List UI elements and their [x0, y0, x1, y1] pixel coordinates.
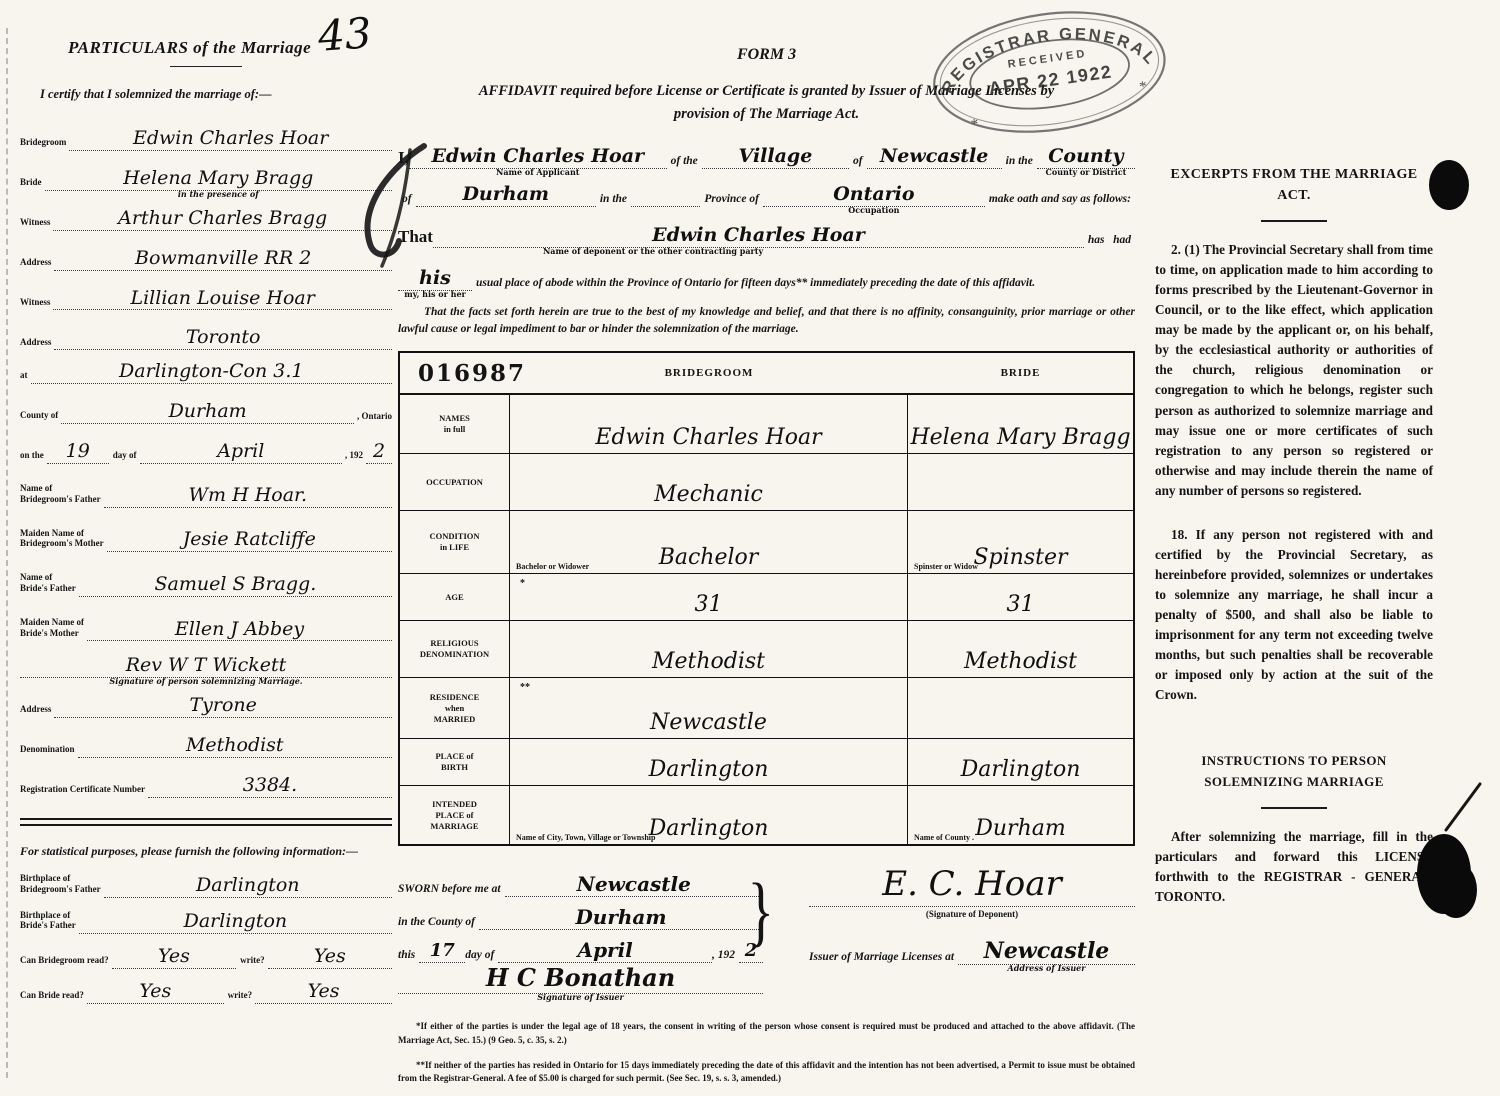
field-label: Bridegroom — [20, 137, 69, 151]
title-rule — [170, 66, 242, 67]
field-value: Darlington — [104, 875, 392, 898]
excerpt-paragraph-2: 2. (1) The Provincial Secretary shall fr… — [1155, 240, 1433, 501]
field-solemnizer-signature: Rev W T Wickett Signature of person sole… — [20, 655, 392, 678]
bride-cell: 31 — [908, 574, 1133, 620]
label-line2: Bride's Father — [20, 583, 76, 593]
day-value: 19 — [47, 441, 109, 464]
deponent-signature: E. C. Hoar — [809, 864, 1135, 907]
groom-value: Newcastle — [650, 710, 767, 738]
read-value: Yes — [112, 946, 236, 969]
table-row-intended-place: INTENDEDPLACE ofMARRIAGE Darlington Name… — [400, 785, 1133, 844]
groom-cell: Bachelor Bachelor or Widower — [510, 511, 908, 573]
province-name: Ontario Occupation — [763, 184, 985, 207]
abode-text: usual place of abode within the Province… — [472, 277, 1039, 291]
issuer-signature-row: H C Bonathan Signature of Issuer — [398, 965, 763, 993]
label-line1: Birthplace of — [20, 910, 70, 920]
page-edge-perforation — [6, 28, 8, 1078]
footnote-marker: * — [520, 578, 525, 589]
field-label: Witness — [20, 217, 53, 231]
groom-cell: Darlington — [510, 739, 908, 785]
license-caption: Address of Issuer — [958, 964, 1135, 973]
table-row-occupation: OCCUPATION Mechanic — [400, 453, 1133, 510]
sworn-at-row: SWORN before me at Newcastle — [398, 873, 763, 897]
field-label: Birthplace ofBridegroom's Father — [20, 873, 104, 898]
occupation-caption: Occupation — [763, 206, 985, 215]
groom-note: Bachelor or Widower — [516, 562, 589, 571]
brace-glyph: } — [747, 864, 773, 958]
bridegroom-bride-table: BRIDEGROOM BRIDE 016987 NAMESin full Edw… — [398, 351, 1135, 846]
heading-rule — [1261, 220, 1327, 222]
field-value: Methodist — [78, 735, 392, 758]
field-can-bride-read: Can Bride read? Yes write? Yes — [20, 981, 392, 1004]
sworn-at-value: Newcastle — [505, 873, 763, 897]
field-witness-2: Witness Lillian Louise Hoar — [20, 288, 392, 311]
district-name: Durham — [416, 184, 596, 207]
bride-value: Helena Mary Bragg — [910, 425, 1130, 453]
field-value: 3384. — [148, 775, 392, 798]
field-can-bridegroom-read: Can Bridegroom read? Yes write? Yes — [20, 946, 392, 969]
applicant-caption: Name of Applicant — [409, 168, 667, 177]
deponent-name: Edwin Charles Hoar Name of deponent or t… — [433, 225, 1084, 248]
field-county: County of Durham , Ontario — [20, 401, 392, 424]
printed-has-had: has had — [1084, 234, 1135, 248]
table-row-birthplace: PLACE ofBIRTH Darlington Darlington — [400, 738, 1133, 785]
label-line2: Bridegroom's Mother — [20, 538, 104, 548]
excerpts-heading: EXCERPTS FROM THE MARRIAGE ACT. — [1155, 164, 1433, 206]
bride-cell: Durham Name of County . — [908, 786, 1133, 844]
row-label: AGE — [400, 574, 510, 620]
row-label: CONDITIONin LIFE — [400, 511, 510, 573]
certify-line: I certify that I solemnized the marriage… — [40, 87, 392, 102]
blank-segment — [631, 184, 700, 207]
solemnizer-caption: Signature of person solemnizing Marriage… — [20, 677, 392, 686]
license-label: Issuer of Marriage Licenses at — [809, 951, 958, 965]
month-value: April — [140, 441, 342, 464]
sworn-section: SWORN before me at Newcastle in the Coun… — [398, 864, 1135, 993]
county-word: County County or District — [1037, 146, 1135, 169]
write-value: Yes — [268, 946, 392, 969]
sworn-left: SWORN before me at Newcastle in the Coun… — [398, 864, 763, 993]
field-value: Samuel S Bragg. — [79, 574, 392, 597]
license-place: Newcastle Address of Issuer — [958, 939, 1135, 965]
field-address-1: Address Bowmanville RR 2 — [20, 248, 392, 271]
row-label: NAMESin full — [400, 395, 510, 453]
bride-value: Darlington — [961, 757, 1081, 785]
table-row-names: NAMESin full Edwin Charles Hoar Helena M… — [400, 394, 1133, 453]
bride-value: Spinster — [973, 545, 1067, 573]
field-bride: Bride Helena Mary Bragg in the presence … — [20, 168, 392, 191]
pronoun-his: his my, his or her — [398, 268, 472, 291]
field-value: Lillian Louise Hoar — [53, 288, 392, 311]
pen-flourish — [340, 140, 440, 270]
instructions-heading: INSTRUCTIONS TO PERSON SOLEMNIZING MARRI… — [1155, 751, 1433, 793]
affidavit-line-2: of Durham in the Province of Ontario Occ… — [398, 184, 1135, 207]
groom-note: Name of City, Town, Village or Township — [516, 833, 655, 842]
place-type: Village — [702, 146, 849, 169]
province-text: Ontario — [833, 183, 914, 205]
field-label: on the — [20, 450, 47, 464]
field-label: Address — [20, 257, 54, 271]
field-witness-1: Witness Arthur Charles Bragg — [20, 208, 392, 231]
stamp-star-right: * — [1138, 79, 1148, 96]
label-line2: Bridegroom's Father — [20, 494, 101, 504]
groom-value: 31 — [695, 592, 723, 620]
field-denomination: Denomination Methodist — [20, 735, 392, 758]
label-line2: Bridegroom's Father — [20, 884, 101, 894]
groom-value: Edwin Charles Hoar — [595, 425, 821, 453]
sworn-right: E. C. Hoar (Signature of Deponent) Issue… — [763, 864, 1135, 993]
instructions-paragraph: After solemnizing the marriage, fill in … — [1155, 827, 1433, 907]
field-value: Jesie Ratcliffe — [107, 529, 392, 552]
field-label: Maiden Name ofBridegroom's Mother — [20, 528, 107, 553]
field-label: Witness — [20, 297, 53, 311]
bride-cell: Helena Mary Bragg — [908, 395, 1133, 453]
printed-in-the: in the — [1002, 155, 1037, 169]
groom-value: Darlington — [649, 816, 769, 844]
field-value: Darlington — [79, 911, 392, 934]
field-label: Name ofBridegroom's Father — [20, 483, 104, 508]
field-registration-number: Registration Certificate Number 3384. — [20, 775, 392, 798]
month-value: April — [498, 939, 712, 963]
table-header-row: BRIDEGROOM BRIDE 016987 — [400, 353, 1133, 394]
county-value: Durham — [479, 906, 763, 930]
row-label: RELIGIOUSDENOMINATION — [400, 621, 510, 677]
instructions-line1: INSTRUCTIONS TO PERSON — [1201, 753, 1386, 768]
bride-cell — [908, 678, 1133, 738]
printed-oath: make oath and say as follows: — [985, 193, 1135, 207]
field-birthplace-bride-father: Birthplace ofBride's Father Darlington — [20, 910, 392, 935]
serial-number: 016987 — [418, 360, 526, 387]
day-of-label: day of — [465, 949, 498, 963]
table-row-religion: RELIGIOUSDENOMINATION Methodist Methodis… — [400, 620, 1133, 677]
footnote-marker: ** — [520, 682, 530, 693]
bride-name: Helena Mary Bragg — [123, 167, 313, 189]
stamp-date: APR 22 1922 — [987, 61, 1113, 98]
bride-cell: Spinster Spinster or Widow — [908, 511, 1133, 573]
day-value: 17 — [419, 941, 465, 963]
field-bridegroom: Bridegroom Edwin Charles Hoar — [20, 128, 392, 151]
field-value: Tyrone — [54, 695, 392, 718]
issuer-caption: Signature of Issuer — [398, 993, 763, 1002]
write-label: write? — [236, 955, 268, 969]
deponent-caption: (Signature of Deponent) — [809, 909, 1135, 919]
field-value: Durham — [61, 401, 354, 424]
ink-blob-large — [1406, 776, 1498, 922]
field-value: Ellen J Abbey — [87, 619, 392, 642]
instructions-line2: SOLEMNIZING MARRIAGE — [1204, 774, 1384, 789]
field-label: Registration Certificate Number — [20, 784, 148, 798]
field-value: Toronto — [54, 327, 392, 350]
issuer-signature: H C Bonathan Signature of Issuer — [398, 965, 763, 993]
row-label: PLACE ofBIRTH — [400, 739, 510, 785]
field-bridegroom-father: Name ofBridegroom's Father Wm H Hoar. — [20, 483, 392, 508]
table-row-condition: CONDITIONin LIFE Bachelor Bachelor or Wi… — [400, 510, 1133, 573]
excerpt-paragraph-18: 18. If any person not registered with an… — [1155, 525, 1433, 706]
footnote-2: **If neither of the parties has resided … — [398, 1059, 1135, 1087]
heading-rule — [1261, 807, 1327, 809]
groom-value: Bachelor — [659, 545, 759, 573]
field-value: Wm H Hoar. — [104, 485, 392, 508]
write-value: Yes — [255, 981, 392, 1004]
stamp-svg: REGISTRAR GENERAL RECEIVED APR 22 1922 *… — [916, 0, 1183, 161]
field-label: Maiden Name ofBride's Mother — [20, 617, 87, 642]
groom-cell: Methodist — [510, 621, 908, 677]
label-line1: Name of — [20, 483, 52, 493]
label-line2: Bride's Mother — [20, 628, 79, 638]
sworn-date-row: this 17 day of April , 192 2 — [398, 939, 763, 963]
row-label: OCCUPATION — [400, 454, 510, 510]
section-divider — [20, 818, 392, 826]
field-bride-mother: Maiden Name ofBride's Mother Ellen J Abb… — [20, 617, 392, 642]
county-word-text: County — [1048, 145, 1123, 167]
printed-province-of: Province of — [700, 193, 763, 207]
row-label: INTENDEDPLACE ofMARRIAGE — [400, 786, 510, 844]
field-at: at Darlington-Con 3.1 — [20, 361, 392, 384]
applicant-name: Edwin Charles Hoar Name of Applicant — [409, 146, 667, 169]
deponent-caption: Name of deponent or the other contractin… — [433, 247, 1084, 256]
bride-note: Spinster or Widow — [914, 562, 978, 571]
registrar-general-stamp: REGISTRAR GENERAL RECEIVED APR 22 1922 *… — [916, 0, 1184, 166]
label-line1: Birthplace of — [20, 873, 70, 883]
pronoun-text: his — [419, 267, 451, 289]
solemnizer-signature: Rev W T Wickett Signature of person sole… — [20, 655, 392, 678]
field-label: Name ofBride's Father — [20, 572, 79, 597]
row-label: RESIDENCEwhenMARRIED — [400, 678, 510, 738]
label-line1: Maiden Name of — [20, 528, 84, 538]
field-label: Denomination — [20, 744, 78, 758]
affidavit-line-4: his my, his or her usual place of abode … — [398, 268, 1135, 291]
groom-cell: * 31 — [510, 574, 908, 620]
affidavit-line-3: That Edwin Charles Hoar Name of deponent… — [398, 225, 1135, 248]
bride-cell — [908, 454, 1133, 510]
field-bride-father: Name ofBride's Father Samuel S Bragg. — [20, 572, 392, 597]
field-label: Can Bridegroom read? — [20, 955, 112, 969]
field-label: Bride — [20, 177, 45, 191]
column-bridegroom: BRIDEGROOM — [510, 353, 908, 393]
label-line1: Maiden Name of — [20, 617, 84, 627]
signature-text: Rev W T Wickett — [126, 654, 287, 676]
table-row-residence: RESIDENCEwhenMARRIED ** Newcastle — [400, 677, 1133, 738]
table-row-age: AGE * 31 31 — [400, 573, 1133, 620]
field-date: on the 19 day of April , 192 2 — [20, 441, 392, 464]
sworn-county-row: in the County of Durham — [398, 906, 763, 930]
groom-value: Darlington — [649, 757, 769, 785]
district-text: Durham — [462, 183, 549, 205]
particulars-section: PARTICULARS of the Marriage I certify th… — [20, 38, 392, 1004]
sworn-at-label: SWORN before me at — [398, 883, 505, 897]
field-label: at — [20, 370, 31, 384]
issuer-signature-text: H C Bonathan — [486, 963, 675, 992]
field-address-3: Address Tyrone — [20, 695, 392, 718]
groom-cell: ** Newcastle — [510, 678, 908, 738]
field-value: Darlington-Con 3.1 — [31, 361, 393, 384]
deponent-text: Edwin Charles Hoar — [652, 224, 865, 246]
label-line1: Name of — [20, 572, 52, 582]
field-label: Birthplace ofBride's Father — [20, 910, 79, 935]
applicant-text: Edwin Charles Hoar — [431, 145, 644, 167]
bride-cell: Methodist — [908, 621, 1133, 677]
field-bridegroom-mother: Maiden Name ofBridegroom's Mother Jesie … — [20, 528, 392, 553]
printed-of-the: of the — [667, 155, 702, 169]
field-address-2: Address Toronto — [20, 327, 392, 350]
groom-cell: Mechanic — [510, 454, 908, 510]
excerpts-section: EXCERPTS FROM THE MARRIAGE ACT. 2. (1) T… — [1155, 164, 1433, 907]
field-label: Address — [20, 337, 54, 351]
write-label: write? — [224, 990, 256, 1004]
county-label: in the County of — [398, 916, 479, 930]
field-label: Address — [20, 704, 54, 718]
county-suffix: , Ontario — [354, 411, 392, 424]
title-line2: provision of The Marriage Act. — [674, 106, 859, 122]
bride-value: 31 — [1007, 592, 1035, 620]
footnote-1: *If either of the parties is under the l… — [398, 1020, 1135, 1048]
affidavit-section: FORM 3 AFFIDAVIT required before License… — [398, 46, 1135, 1086]
bride-cell: Darlington — [908, 739, 1133, 785]
bride-value: Durham — [975, 816, 1065, 844]
year-printed: , 192 — [342, 450, 366, 464]
place-type-text: Village — [739, 145, 813, 167]
year-printed: , 192 — [712, 949, 739, 963]
particulars-title: PARTICULARS of the Marriage — [68, 38, 392, 58]
field-label: Can Bride read? — [20, 990, 87, 1004]
groom-cell: Edwin Charles Hoar — [510, 395, 908, 453]
field-birthplace-groom-father: Birthplace ofBridegroom's Father Darling… — [20, 873, 392, 898]
column-bride: BRIDE — [908, 353, 1133, 393]
bride-note: Name of County . — [914, 833, 974, 842]
license-issuer-row: Issuer of Marriage Licenses at Newcastle… — [809, 939, 1135, 965]
field-label: day of — [109, 450, 140, 464]
ink-blob-small — [1426, 158, 1472, 212]
statistical-note: For statistical purposes, please furnish… — [20, 842, 392, 860]
this-label: this — [398, 949, 419, 963]
bride-value: Methodist — [964, 649, 1077, 677]
label-line2: Bride's Father — [20, 920, 76, 930]
year-digit: 2 — [366, 441, 392, 464]
read-value: Yes — [87, 981, 224, 1004]
field-label: County of — [20, 410, 61, 424]
groom-value: Mechanic — [654, 482, 763, 510]
printed-in-the: in the — [596, 193, 631, 207]
truth-paragraph: That the facts set forth herein are true… — [398, 304, 1135, 337]
groom-value: Methodist — [652, 649, 765, 677]
pronoun-caption: my, his or her — [398, 290, 472, 299]
county-caption: County or District — [1037, 168, 1135, 177]
printed-of: of — [849, 155, 867, 169]
groom-cell: Darlington Name of City, Town, Village o… — [510, 786, 908, 844]
license-place-text: Newcastle — [984, 938, 1110, 964]
